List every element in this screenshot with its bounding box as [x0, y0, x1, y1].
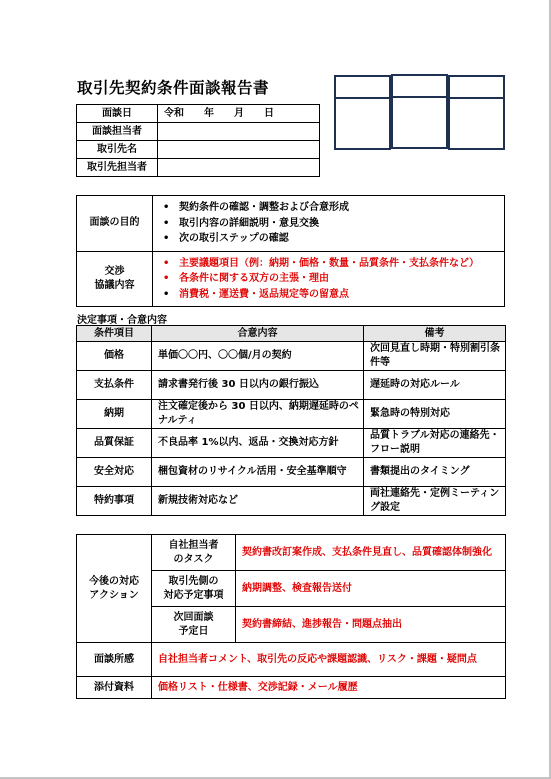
table-row: 支払条件 請求書発行後 30 日以内の銀行振込 遅延時の対応ルール: [77, 371, 506, 400]
note: 次回見直し時期・特別割引条件等: [364, 342, 506, 371]
actions-table: 今後の対応 アクション 自社担当者 のタスク 契約書改訂案作成、支払条件見直し、…: [76, 534, 506, 699]
purpose-item: 契約条件の確認・調整および合意形成: [163, 200, 504, 216]
purpose-list: 契約条件の確認・調整および合意形成 取引内容の詳細説明・意見交換 次の取引ステッ…: [153, 196, 504, 251]
purpose-item: 次の取引ステップの確認: [163, 231, 504, 247]
table-row: 特約事項 新規技術対応など 両社連絡先・定例ミーティング設定: [77, 487, 506, 516]
stamp-box[interactable]: [448, 75, 505, 150]
impressions-row: 面談所感 自社担当者コメント、取引先の反応や課題認識、リスク・課題・疑問点: [77, 643, 506, 677]
note: 書類提出のタイミング: [364, 458, 506, 487]
purpose-row: 面談の目的 契約条件の確認・調整および合意形成 取引内容の詳細説明・意見交換 次…: [77, 196, 505, 252]
info-row-client-staff: 取引先担当者: [77, 159, 320, 177]
action-label-line1: 取引先側の: [152, 575, 235, 589]
attachments-value: 価格リスト・仕様書、交渉記録・メール履歴: [152, 677, 506, 699]
impressions-label: 面談所感: [77, 643, 152, 677]
decisions-header-row: 条件項目 合意内容 備考: [77, 326, 506, 342]
attachments-label: 添付資料: [77, 677, 152, 699]
purpose-item: 取引内容の詳細説明・意見交換: [163, 216, 504, 232]
note: 遅延時の対応ルール: [364, 371, 506, 400]
info-row-client: 取引先名: [77, 141, 320, 159]
note: 緊急時の特別対応: [364, 400, 506, 429]
agreement-content: 不良品率 1%以内、返品・交換対応方針: [152, 429, 364, 458]
own-tasks-value: 契約書改訂案作成、支払条件見直し、品質確認体制強化: [236, 535, 506, 571]
decisions-section-label: 決定事項・合意内容: [77, 311, 167, 326]
agreement-content: 請求書発行後 30 日以内の銀行振込: [152, 371, 364, 400]
purpose-table: 面談の目的 契約条件の確認・調整および合意形成 取引内容の詳細説明・意見交換 次…: [76, 195, 505, 307]
condition-item: 特約事項: [77, 487, 152, 516]
action-label-line2: 対応予定事項: [152, 589, 235, 603]
agreement-content: 注文確定後から 30 日以内、納期遅延時のペナルティ: [152, 400, 364, 429]
action-row: 今後の対応 アクション 自社担当者 のタスク 契約書改訂案作成、支払条件見直し、…: [77, 535, 506, 571]
action-label-line2: 予定日: [152, 625, 235, 639]
info-label: 取引先名: [77, 141, 158, 159]
info-label: 面談担当者: [77, 123, 158, 141]
info-label: 面談日: [77, 105, 158, 123]
agreement-content: 単価〇〇円、〇〇個/月の契約: [152, 342, 364, 371]
action-label-line1: 自社担当者: [152, 539, 235, 553]
actions-group-label: 今後の対応 アクション: [77, 535, 152, 643]
info-label: 取引先担当者: [77, 159, 158, 177]
stamp-box[interactable]: [391, 74, 448, 149]
negotiation-label-line2: 協議内容: [77, 279, 152, 293]
table-row: 品質保証 不良品率 1%以内、返品・交換対応方針 品質トラブル対応の連絡先・フロ…: [77, 429, 506, 458]
condition-item: 価格: [77, 342, 152, 371]
impressions-value: 自社担当者コメント、取引先の反応や課題認識、リスク・課題・疑問点: [152, 643, 506, 677]
decisions-table: 条件項目 合意内容 備考 価格 単価〇〇円、〇〇個/月の契約 次回見直し時期・特…: [76, 325, 506, 516]
negotiation-label-line1: 交渉: [77, 265, 152, 279]
condition-item: 支払条件: [77, 371, 152, 400]
stamp-box[interactable]: [334, 75, 391, 150]
negotiation-list: 主要議題項目（例：納期・価格・数量・品質条件・支払条件など） 各条件に関する双方…: [153, 252, 504, 307]
action-label: 取引先側の 対応予定事項: [152, 571, 236, 607]
action-label: 次回面談 予定日: [152, 607, 236, 643]
action-label-line1: 次回面談: [152, 611, 235, 625]
negotiation-item: 消費税・運送費・返品規定等の留意点: [163, 287, 504, 303]
info-row-staff: 面談担当者: [77, 123, 320, 141]
info-table: 面談日 令和 年 月 日 面談担当者 取引先名 取引先担当者: [76, 104, 320, 177]
date-field[interactable]: 令和 年 月 日: [158, 105, 320, 123]
info-row-date: 面談日 令和 年 月 日: [77, 105, 320, 123]
next-meeting-value: 契約書締結、進捗報告・問題点抽出: [236, 607, 506, 643]
actions-group-label-line2: アクション: [77, 589, 151, 603]
note: 品質トラブル対応の連絡先・フロー説明: [364, 429, 506, 458]
action-label-line2: のタスク: [152, 553, 235, 567]
attachments-row: 添付資料 価格リスト・仕様書、交渉記録・メール履歴: [77, 677, 506, 699]
client-name-field[interactable]: [158, 141, 320, 159]
note: 両社連絡先・定例ミーティング設定: [364, 487, 506, 516]
column-header: 条件項目: [77, 326, 152, 342]
table-row: 納期 注文確定後から 30 日以内、納期遅延時のペナルティ 緊急時の特別対応: [77, 400, 506, 429]
condition-item: 安全対応: [77, 458, 152, 487]
negotiation-row: 交渉 協議内容 主要議題項目（例：納期・価格・数量・品質条件・支払条件など） 各…: [77, 251, 505, 307]
client-actions-value: 納期調整、検査報告送付: [236, 571, 506, 607]
agreement-content: 梱包資材のリサイクル活用・安全基準順守: [152, 458, 364, 487]
negotiation-list-cell: 主要議題項目（例：納期・価格・数量・品質条件・支払条件など） 各条件に関する双方…: [153, 251, 505, 307]
actions-group-label-line1: 今後の対応: [77, 575, 151, 589]
document-title: 取引先契約条件面談報告書: [77, 76, 269, 98]
condition-item: 品質保証: [77, 429, 152, 458]
negotiation-item: 主要議題項目（例：納期・価格・数量・品質条件・支払条件など）: [163, 256, 504, 272]
purpose-label: 面談の目的: [77, 196, 153, 252]
table-row: 価格 単価〇〇円、〇〇個/月の契約 次回見直し時期・特別割引条件等: [77, 342, 506, 371]
action-label: 自社担当者 のタスク: [152, 535, 236, 571]
staff-field[interactable]: [158, 123, 320, 141]
approval-stamp-boxes: [334, 74, 506, 149]
agreement-content: 新規技術対応など: [152, 487, 364, 516]
client-staff-field[interactable]: [158, 159, 320, 177]
column-header: 備考: [364, 326, 506, 342]
purpose-list-cell: 契約条件の確認・調整および合意形成 取引内容の詳細説明・意見交換 次の取引ステッ…: [153, 196, 505, 252]
negotiation-label: 交渉 協議内容: [77, 251, 153, 307]
condition-item: 納期: [77, 400, 152, 429]
negotiation-item: 各条件に関する双方の主張・理由: [163, 271, 504, 287]
column-header: 合意内容: [152, 326, 364, 342]
table-row: 安全対応 梱包資材のリサイクル活用・安全基準順守 書類提出のタイミング: [77, 458, 506, 487]
